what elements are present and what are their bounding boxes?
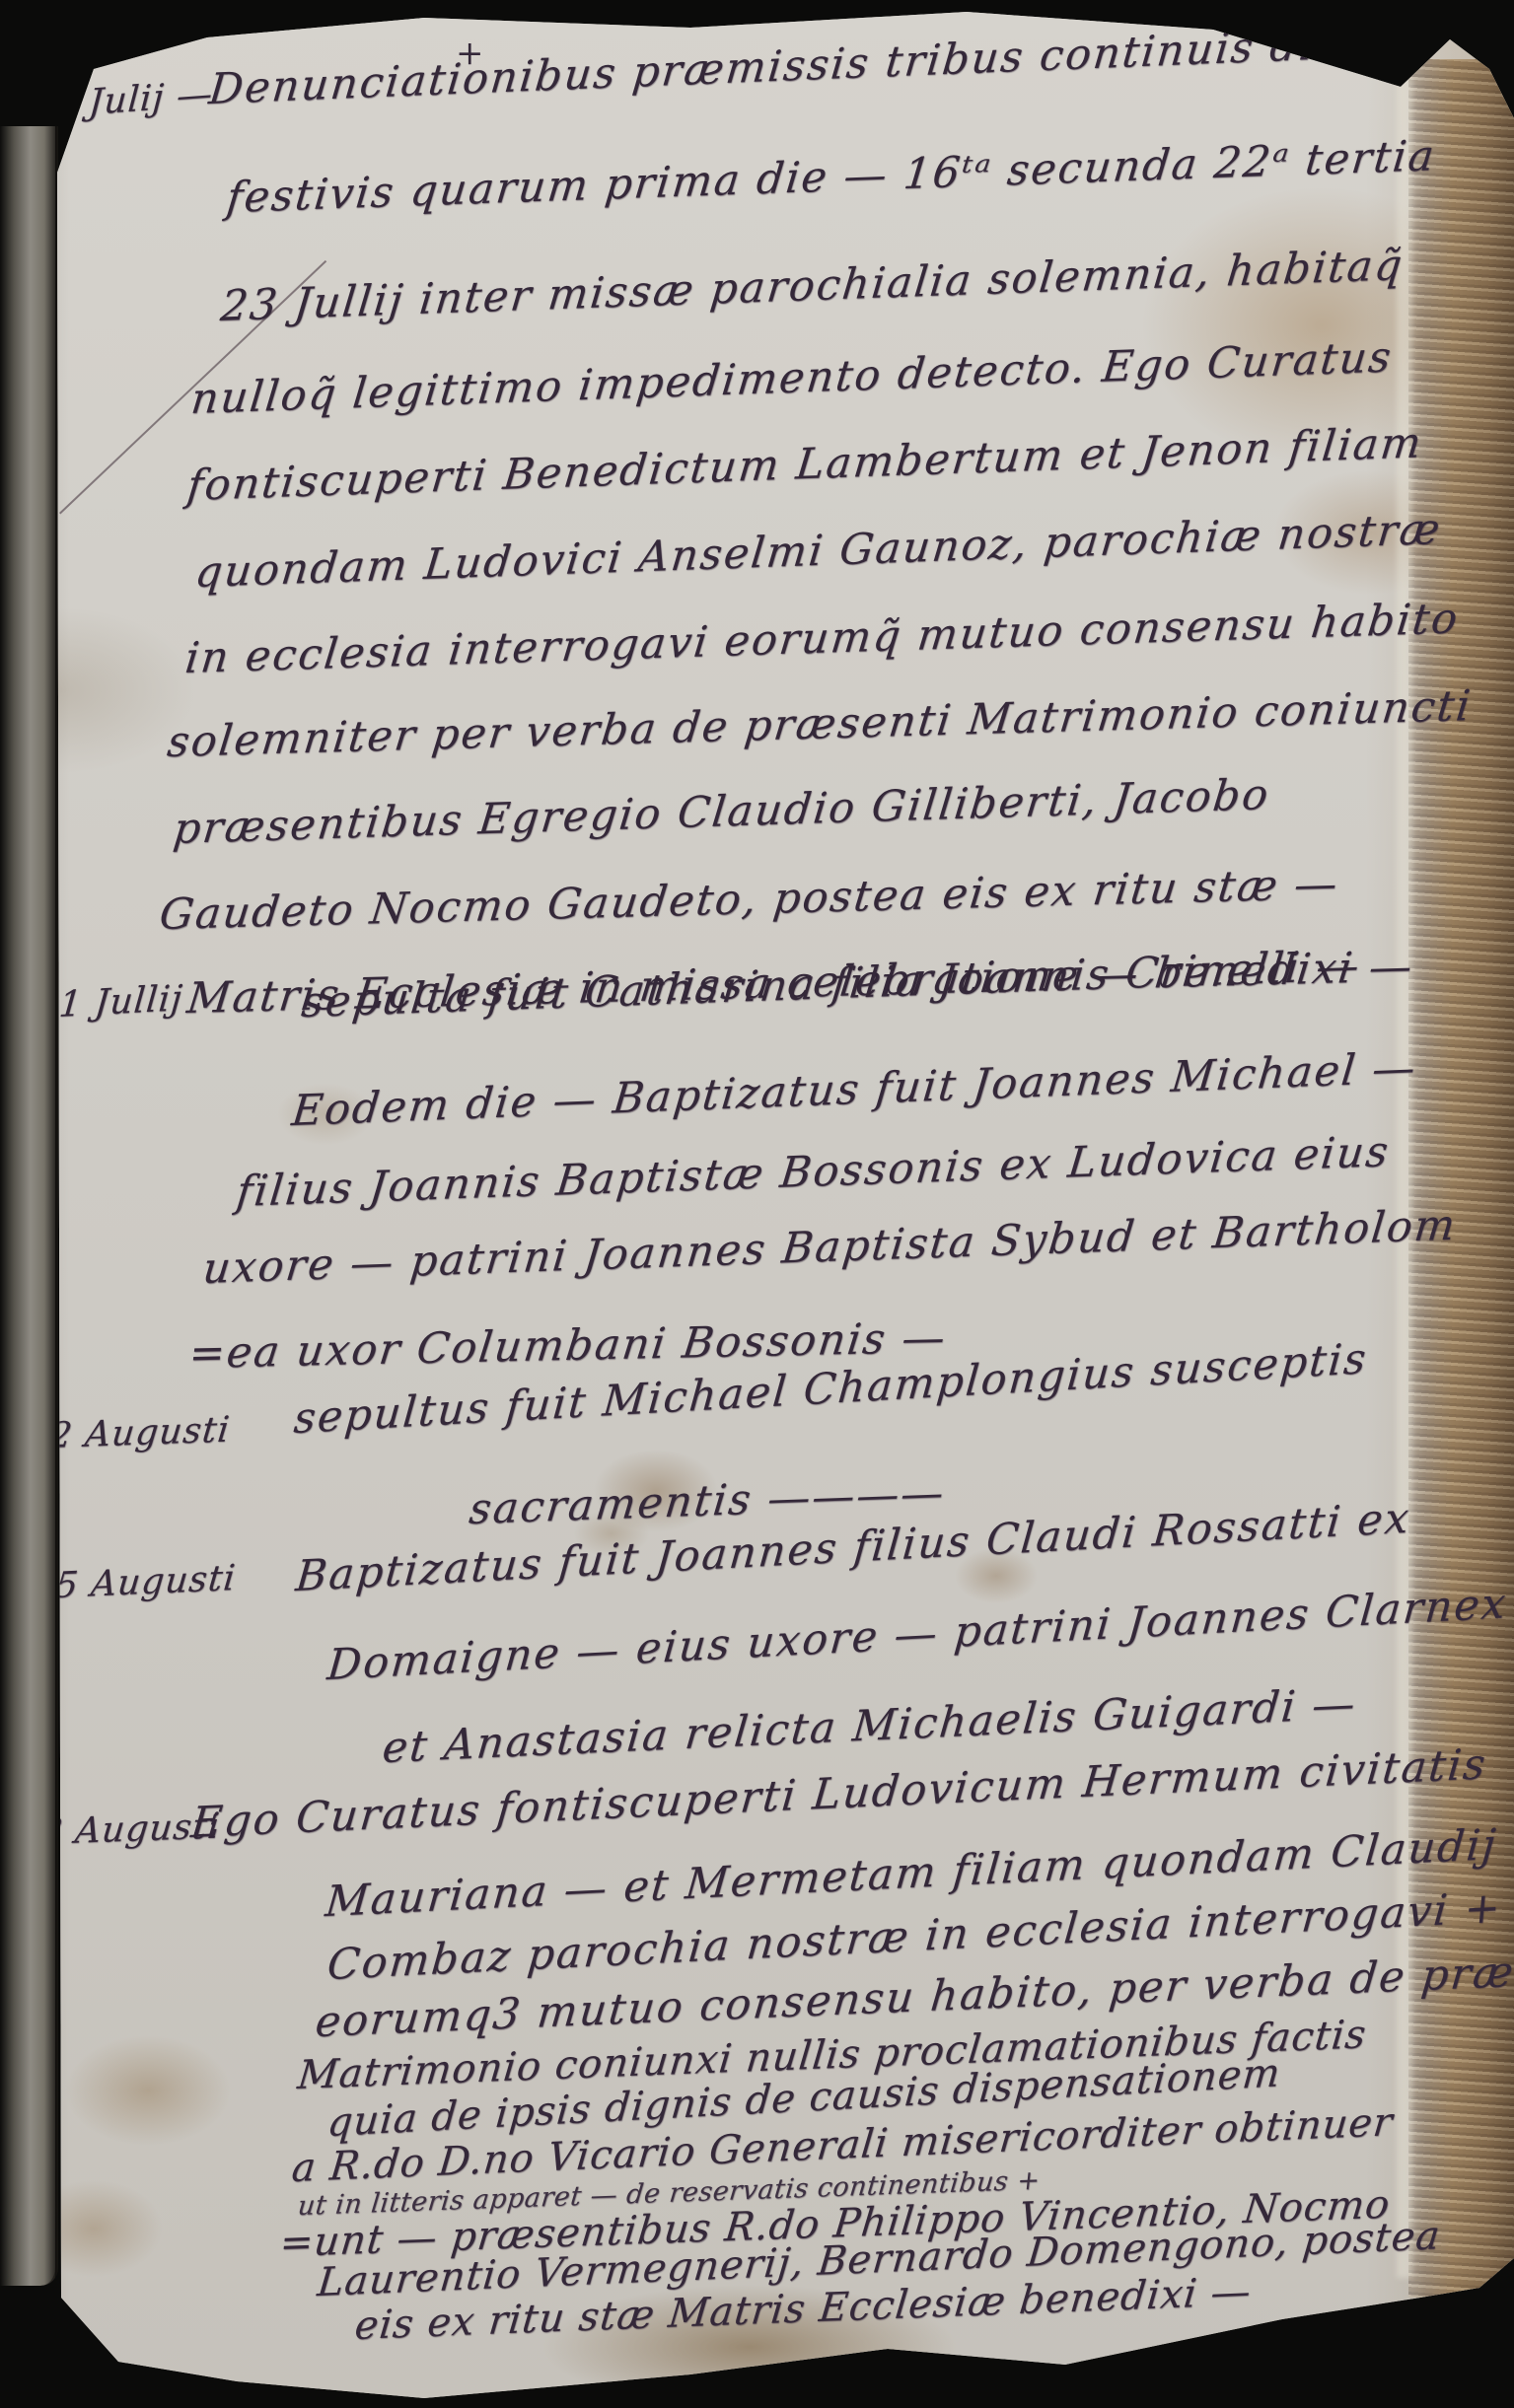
manuscript-line: filius Joannis Baptistæ Bossonis ex Ludo…: [234, 1127, 1392, 1217]
entry-date: 5 Augusti: [53, 1558, 238, 1606]
entry-date: 2 Augusti: [47, 1410, 232, 1457]
book-gutter: [0, 126, 58, 2286]
manuscript-line: solemniter per verba de præsenti Matrimo…: [165, 681, 1475, 767]
manuscript-line: Gaudeto Nocmo Gaudeto, postea eis ex rit…: [157, 860, 1341, 940]
manuscript-line: in ecclesia interrogavi eorumq̃ mutuo co…: [182, 594, 1462, 683]
manuscript-page: + 25 Julij — Denunciationibus præmissis …: [0, 0, 1514, 2408]
manuscript-line: uxore — patrini Joannes Baptista Sybud e…: [200, 1201, 1459, 1295]
entry-date: 25 Julij —: [29, 74, 215, 127]
manuscript-line: 23 Jullij inter missæ parochialia solemn…: [218, 241, 1406, 331]
manuscript-photo: + 25 Julij — Denunciationibus præmissis …: [0, 0, 1514, 2408]
manuscript-line: fontiscuperti Benedictum Lambertum et Je…: [184, 418, 1425, 511]
manuscript-line: quondam Ludovici Anselmi Gaunoz, parochi…: [192, 505, 1444, 598]
manuscript-line: præsentibus Egregio Claudio Gilliberti, …: [171, 770, 1272, 854]
manuscript-line: festivis quarum prima die — 16ᵗᵃ secunda…: [224, 131, 1438, 223]
manuscript-line: sepulta fuit Catharina filia Joannis Cri…: [299, 941, 1363, 1027]
manuscript-line: Domaigne — eius uxore — patrini Joannes …: [325, 1579, 1510, 1690]
manuscript-line: Denunciationibus præmissis tribus contin…: [206, 16, 1426, 114]
torn-edge-highlight: [1397, 79, 1412, 2278]
manuscript-line: nulloq̃ legittimo impedimento detecto. E…: [188, 332, 1395, 424]
manuscript-line: Eodem die — Baptizatus fuit Joannes Mich…: [289, 1043, 1419, 1136]
